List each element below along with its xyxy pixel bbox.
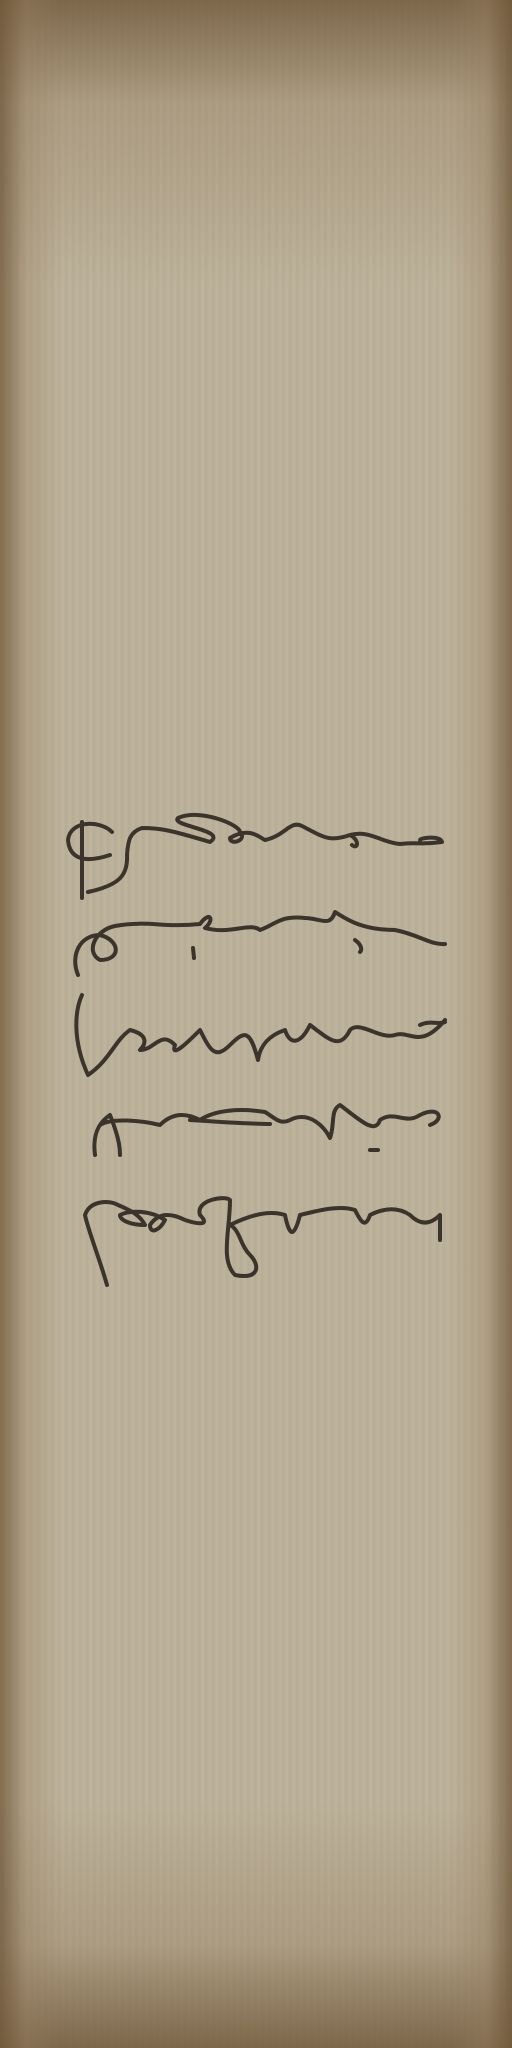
handwriting-line-1 xyxy=(68,815,442,898)
handwriting-line-5 xyxy=(85,1198,440,1285)
handwriting-line-3 xyxy=(76,995,445,1075)
parchment-page xyxy=(0,0,512,2048)
handwriting-line-2 xyxy=(75,912,445,975)
handwriting-ink xyxy=(0,0,512,2048)
handwriting-line-4 xyxy=(94,1105,438,1155)
